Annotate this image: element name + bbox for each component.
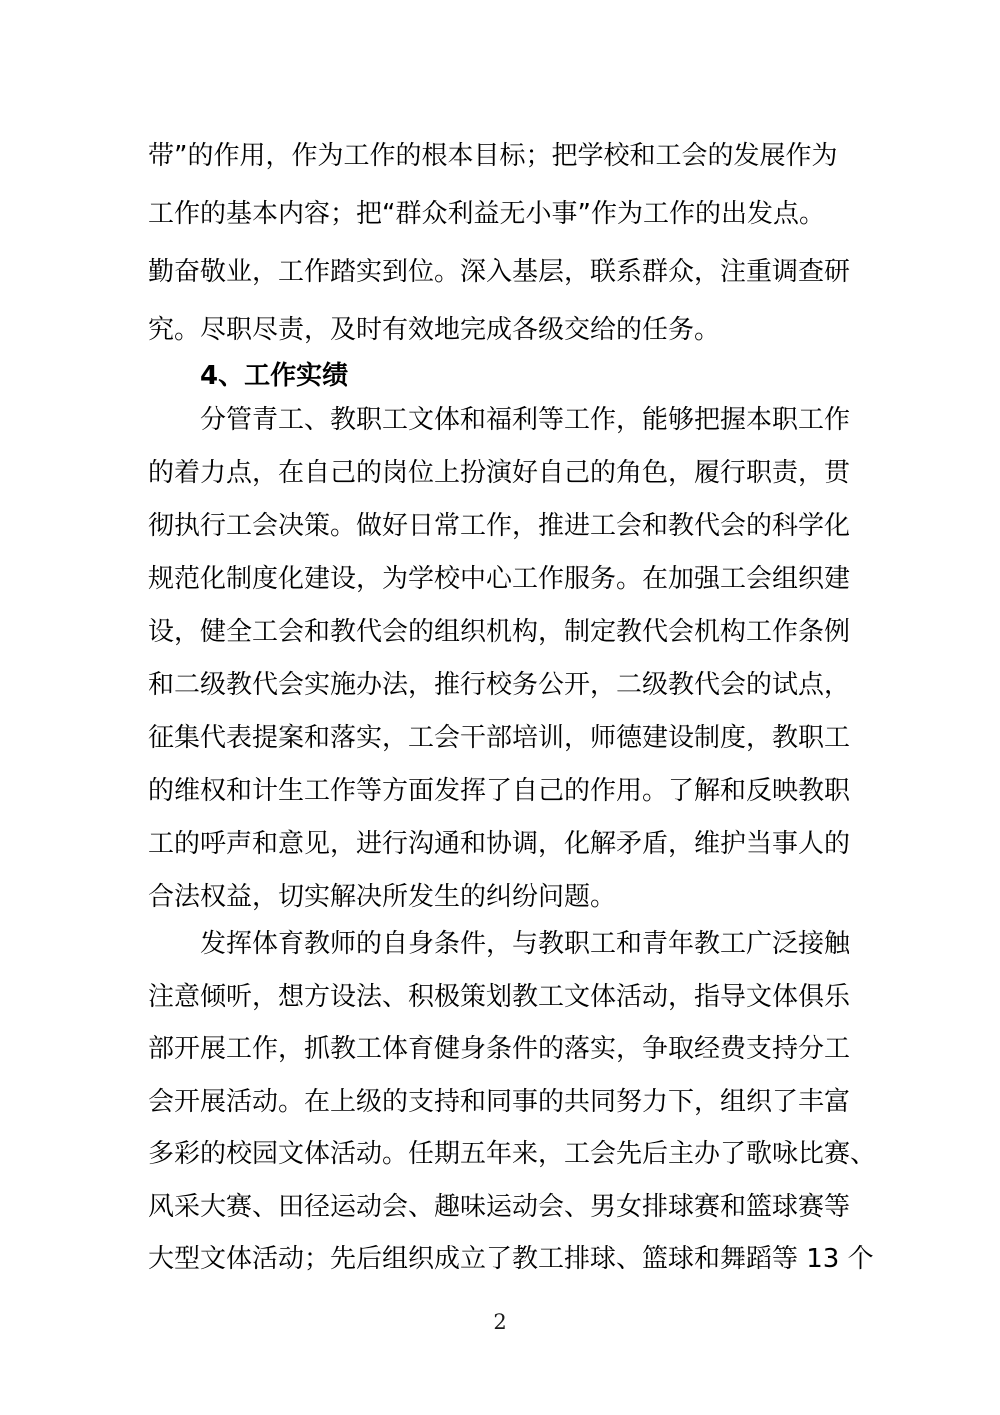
text-line: 工作的基本内容；把“群众利益无小事”作为工作的出发点。 bbox=[148, 185, 888, 243]
heading-line: 4、工作实绩 bbox=[148, 359, 888, 393]
document-page: 带”的作用，作为工作的根本目标；把学校和工会的发展作为工作的基本内容；把“群众利… bbox=[0, 0, 1000, 1415]
text-line: 发挥体育教师的自身条件，与教职工和青年教工广泛接触 bbox=[148, 918, 888, 971]
text-line: 规范化制度化建设，为学校中心工作服务。在加强工会组织建 bbox=[148, 553, 888, 606]
text-line: 风采大赛、田径运动会、趣味运动会、男女排球赛和篮球赛等 bbox=[148, 1181, 888, 1234]
text-line: 分管青工、教职工文体和福利等工作，能够把握本职工作 bbox=[148, 394, 888, 447]
text-line: 彻执行工会决策。做好日常工作，推进工会和教代会的科学化 bbox=[148, 500, 888, 553]
text-line: 究。尽职尽责，及时有效地完成各级交给的任务。 bbox=[148, 301, 888, 359]
text-line: 工的呼声和意见，进行沟通和协调，化解矛盾，维护当事人的 bbox=[148, 818, 888, 871]
text-line: 带”的作用，作为工作的根本目标；把学校和工会的发展作为 bbox=[148, 127, 888, 185]
text-line: 设，健全工会和教代会的组织机构，制定教代会机构工作条例 bbox=[148, 606, 888, 659]
text-paragraph: 分管青工、教职工文体和福利等工作，能够把握本职工作的着力点，在自己的岗位上扮演好… bbox=[148, 394, 888, 924]
text-line: 部开展工作，抓教工体育健身条件的落实，争取经费支持分工 bbox=[148, 1023, 888, 1076]
text-line: 的维权和计生工作等方面发挥了自己的作用。了解和反映教职 bbox=[148, 765, 888, 818]
text-line: 会开展活动。在上级的支持和同事的共同努力下，组织了丰富 bbox=[148, 1076, 888, 1129]
text-line: 多彩的校园文体活动。任期五年来，工会先后主办了歌咏比赛、 bbox=[148, 1128, 888, 1181]
text-line: 勤奋敬业，工作踏实到位。深入基层，联系群众，注重调查研 bbox=[148, 243, 888, 301]
text-line: 大型文体活动；先后组织成立了教工排球、篮球和舞蹈等 13 个 bbox=[148, 1233, 888, 1286]
text-line: 注意倾听，想方设法、积极策划教工文体活动，指导文体俱乐 bbox=[148, 971, 888, 1024]
text-line: 征集代表提案和落实，工会干部培训，师德建设制度，教职工 bbox=[148, 712, 888, 765]
page-number: 2 bbox=[0, 1308, 1000, 1336]
text-paragraph: 带”的作用，作为工作的根本目标；把学校和工会的发展作为工作的基本内容；把“群众利… bbox=[148, 127, 888, 359]
text-line: 和二级教代会实施办法，推行校务公开，二级教代会的试点， bbox=[148, 659, 888, 712]
text-line: 的着力点，在自己的岗位上扮演好自己的角色，履行职责，贯 bbox=[148, 447, 888, 500]
text-paragraph: 发挥体育教师的自身条件，与教职工和青年教工广泛接触注意倾听，想方设法、积极策划教… bbox=[148, 918, 888, 1286]
section-heading: 4、工作实绩 bbox=[148, 359, 888, 393]
text-line: 合法权益，切实解决所发生的纠纷问题。 bbox=[148, 871, 888, 924]
